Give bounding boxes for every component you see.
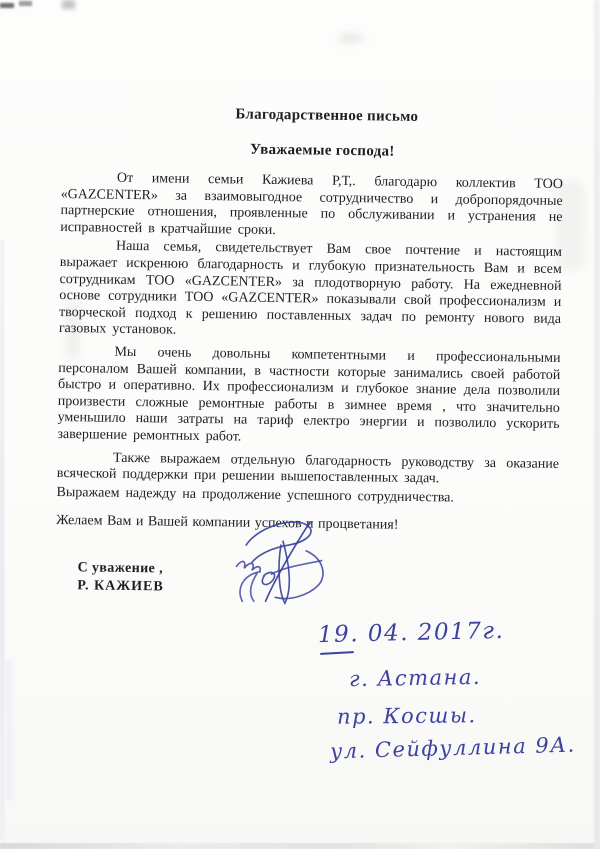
letter-paragraph-4: Также выражаем отдельную благодарность р… bbox=[57, 449, 559, 489]
letter-salutation: Уважаемые господа! bbox=[71, 139, 573, 163]
handwritten-date: 19. 04. 2017г. bbox=[318, 618, 505, 648]
scan-speck bbox=[0, 3, 14, 8]
scan-smudge bbox=[338, 32, 364, 44]
scan-edge-artifact bbox=[594, 0, 600, 849]
scan-speck bbox=[62, 0, 75, 9]
letter-title: Благодарственное письмо bbox=[76, 104, 578, 128]
scan-edge-artifact bbox=[0, 240, 4, 840]
handwritten-street: ул. Сейфуллина 9А. bbox=[330, 733, 576, 764]
letter-paragraph-2: Наша семья, свидетельствует Вам свое поч… bbox=[59, 238, 562, 345]
date-underline bbox=[320, 651, 354, 655]
scan-speck bbox=[19, 1, 32, 6]
scanned-letter-page: Благодарственное письмо Уважаемые господ… bbox=[0, 0, 600, 849]
letter-paragraph-1: От имени семьи Кажиева Р,Т,. благодарю к… bbox=[60, 170, 563, 243]
handwritten-city: г. Астана. bbox=[349, 665, 481, 691]
signature-scribble bbox=[228, 516, 336, 608]
scan-edge-artifact bbox=[6, 660, 12, 800]
handwritten-district: пр. Косшы. bbox=[337, 703, 477, 728]
letter-paragraph-3: Мы очень довольны компетентными и профес… bbox=[57, 344, 560, 451]
scan-edge-artifact bbox=[0, 843, 600, 849]
